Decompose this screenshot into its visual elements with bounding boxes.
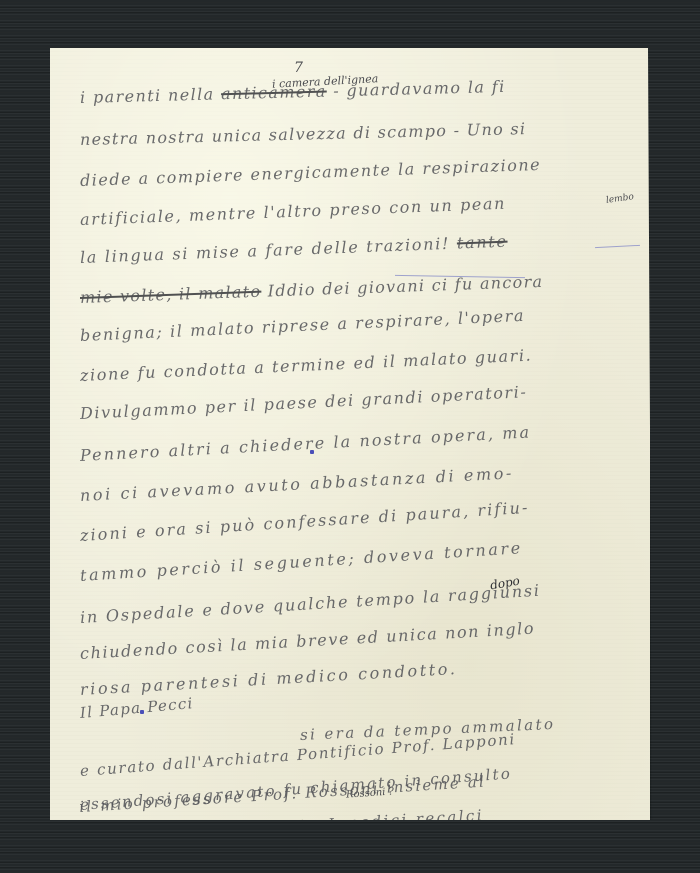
blue-pencil-mark	[595, 245, 640, 248]
manuscript-line-6: mie volte, il malato Iddio dei giovani c…	[80, 272, 544, 307]
manuscript-line-3: diede a compiere energicamente la respir…	[80, 155, 542, 190]
manuscript-line-17: Il Papa Pecci	[79, 694, 194, 722]
manuscript-line-14: in Ospedale e dove qualche tempo la ragg…	[79, 581, 541, 627]
blue-pencil-dot	[140, 710, 144, 714]
manuscript-page: 7 i camera dell'ignea i parenti nella an…	[50, 48, 650, 820]
blue-pencil-dot	[310, 450, 314, 454]
manuscript-line-12: zioni e ora si può confessare di paura, …	[79, 498, 530, 545]
manuscript-line-7: benigna; il malato riprese a respirare, …	[80, 306, 526, 345]
manuscript-line-13: tammo perciò il seguente; doveva tornare	[79, 538, 523, 585]
manuscript-line-9: Divulgammo per il paese dei grandi opera…	[80, 382, 528, 423]
manuscript-line-4: artificiale, mentre l'altro preso con un…	[80, 194, 507, 229]
manuscript-line-2: nestra nostra unica salvezza di scampo -…	[80, 119, 527, 149]
manuscript-line-11: noi ci avevamo avuto abbastanza di emo-	[80, 463, 515, 505]
manuscript-line-8: zione fu condotta a termine ed il malato…	[80, 345, 533, 385]
margin-annotation: lembo	[605, 192, 634, 206]
manuscript-line-5: la lingua si mise a fare delle trazioni!…	[80, 232, 508, 267]
manuscript-line-15: chiudendo così la mia breve ed unica non…	[79, 619, 535, 663]
manuscript-line-16: riosa parentesi di medico condotto.	[79, 659, 457, 699]
interlinear-annotation: Rossoni ?	[346, 786, 395, 800]
page-number-mark: 7	[294, 60, 303, 76]
manuscript-line-22: chirurgo Prof. Lapponi - I medici recalc…	[81, 806, 485, 848]
manuscript-line-10: Pennero altri a chiedere la nostra opera…	[80, 422, 532, 465]
